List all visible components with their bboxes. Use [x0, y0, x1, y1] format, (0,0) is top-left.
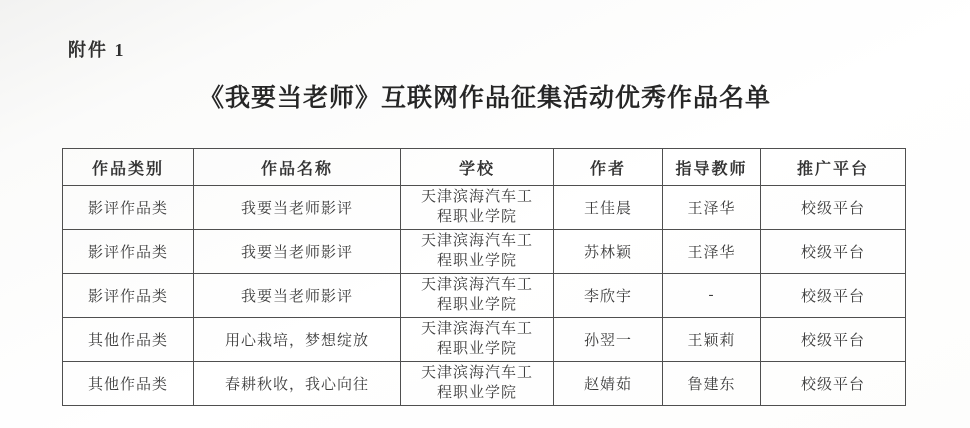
attachment-label: 附件 1 [68, 36, 126, 62]
cell-instructor: 王泽华 [663, 230, 761, 274]
school-text: 天津滨海汽车工程职业学院 [414, 364, 540, 403]
header-platform: 推广平台 [761, 149, 906, 186]
cell-instructor: 王泽华 [663, 186, 761, 230]
cell-author: 王佳晨 [554, 186, 663, 230]
header-author: 作者 [554, 149, 663, 186]
cell-work-title: 我要当老师影评 [194, 274, 401, 318]
cell-author: 赵婧茹 [554, 362, 663, 406]
cell-work-title: 我要当老师影评 [194, 186, 401, 230]
school-text: 天津滨海汽车工程职业学院 [414, 188, 540, 227]
header-work-title: 作品名称 [194, 149, 401, 186]
header-work-category: 作品类别 [63, 149, 194, 186]
cell-work-category: 其他作品类 [63, 318, 194, 362]
document-page: 附件 1 《我要当老师》互联网作品征集活动优秀作品名单 作品类别 作品名称 学校… [0, 0, 970, 428]
cell-school: 天津滨海汽车工程职业学院 [401, 318, 554, 362]
cell-platform: 校级平台 [761, 274, 906, 318]
cell-school: 天津滨海汽车工程职业学院 [401, 230, 554, 274]
cell-author: 李欣宇 [554, 274, 663, 318]
header-school: 学校 [401, 149, 554, 186]
cell-author: 孙翌一 [554, 318, 663, 362]
table-header-row: 作品类别 作品名称 学校 作者 指导教师 推广平台 [63, 149, 906, 186]
cell-school: 天津滨海汽车工程职业学院 [401, 186, 554, 230]
table-row: 影评作品类 我要当老师影评 天津滨海汽车工程职业学院 王佳晨 王泽华 校级平台 [63, 186, 906, 230]
cell-school: 天津滨海汽车工程职业学院 [401, 362, 554, 406]
school-text: 天津滨海汽车工程职业学院 [414, 232, 540, 271]
table-row: 影评作品类 我要当老师影评 天津滨海汽车工程职业学院 李欣宇 - 校级平台 [63, 274, 906, 318]
cell-work-category: 影评作品类 [63, 274, 194, 318]
cell-instructor: - [663, 274, 761, 318]
header-instructor: 指导教师 [663, 149, 761, 186]
cell-platform: 校级平台 [761, 230, 906, 274]
cell-work-title: 春耕秋收，我心向往 [194, 362, 401, 406]
cell-work-title: 用心栽培，梦想绽放 [194, 318, 401, 362]
school-text: 天津滨海汽车工程职业学院 [414, 276, 540, 315]
cell-author: 苏林颖 [554, 230, 663, 274]
cell-platform: 校级平台 [761, 186, 906, 230]
cell-platform: 校级平台 [761, 362, 906, 406]
table-row: 其他作品类 用心栽培，梦想绽放 天津滨海汽车工程职业学院 孙翌一 王颖莉 校级平… [63, 318, 906, 362]
page-title: 《我要当老师》互联网作品征集活动优秀作品名单 [0, 78, 970, 114]
cell-instructor: 鲁建东 [663, 362, 761, 406]
cell-work-title: 我要当老师影评 [194, 230, 401, 274]
school-text: 天津滨海汽车工程职业学院 [414, 320, 540, 359]
cell-work-category: 影评作品类 [63, 186, 194, 230]
awards-table: 作品类别 作品名称 学校 作者 指导教师 推广平台 影评作品类 我要当老师影评 … [62, 148, 906, 406]
cell-work-category: 影评作品类 [63, 230, 194, 274]
cell-instructor: 王颖莉 [663, 318, 761, 362]
table-row: 其他作品类 春耕秋收，我心向往 天津滨海汽车工程职业学院 赵婧茹 鲁建东 校级平… [63, 362, 906, 406]
cell-platform: 校级平台 [761, 318, 906, 362]
cell-work-category: 其他作品类 [63, 362, 194, 406]
cell-school: 天津滨海汽车工程职业学院 [401, 274, 554, 318]
table-row: 影评作品类 我要当老师影评 天津滨海汽车工程职业学院 苏林颖 王泽华 校级平台 [63, 230, 906, 274]
